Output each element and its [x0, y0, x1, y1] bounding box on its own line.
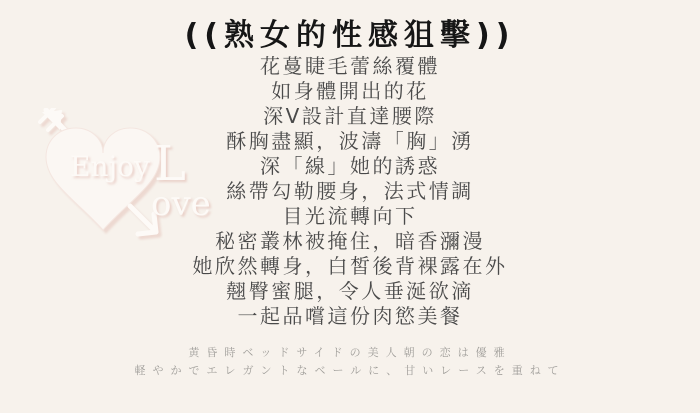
description-line: 秘密叢林被掩住，暗香瀰漫: [0, 229, 700, 254]
description-line: 酥胸盡顯，波濤「胸」湧: [0, 129, 700, 154]
product-description-poster: Enjoy L ove ((熟女的性感狙擊)) 花蔓睫毛蕾絲覆體 如身體開出的花…: [0, 0, 700, 413]
footer-tagline-line: 軽やかでエレガントなベールに、甘いレースを重ねて: [0, 362, 700, 380]
description-line: 深V設計直達腰際: [0, 104, 700, 129]
description-line: 她欣然轉身，白皙後背裸露在外: [0, 254, 700, 279]
description-text-block: 花蔓睫毛蕾絲覆體 如身體開出的花 深V設計直達腰際 酥胸盡顯，波濤「胸」湧 深「…: [0, 54, 700, 329]
description-line: 翹臀蜜腿，令人垂涎欲滴: [0, 279, 700, 304]
description-line: 目光流轉向下: [0, 204, 700, 229]
description-line: 一起品嚐這份肉慾美餐: [0, 304, 700, 329]
description-line: 如身體開出的花: [0, 79, 700, 104]
description-line: 花蔓睫毛蕾絲覆體: [0, 54, 700, 79]
description-line: 深「線」她的誘惑: [0, 154, 700, 179]
description-line: 絲帶勾勒腰身，法式情調: [0, 179, 700, 204]
footer-tagline-line: 黄昏時ベッドサイドの美人朝の恋は優雅: [0, 344, 700, 362]
poster-title: ((熟女的性感狙擊)): [0, 10, 700, 54]
footer-tagline-block: 黄昏時ベッドサイドの美人朝の恋は優雅 軽やかでエレガントなベールに、甘いレースを…: [0, 344, 700, 380]
